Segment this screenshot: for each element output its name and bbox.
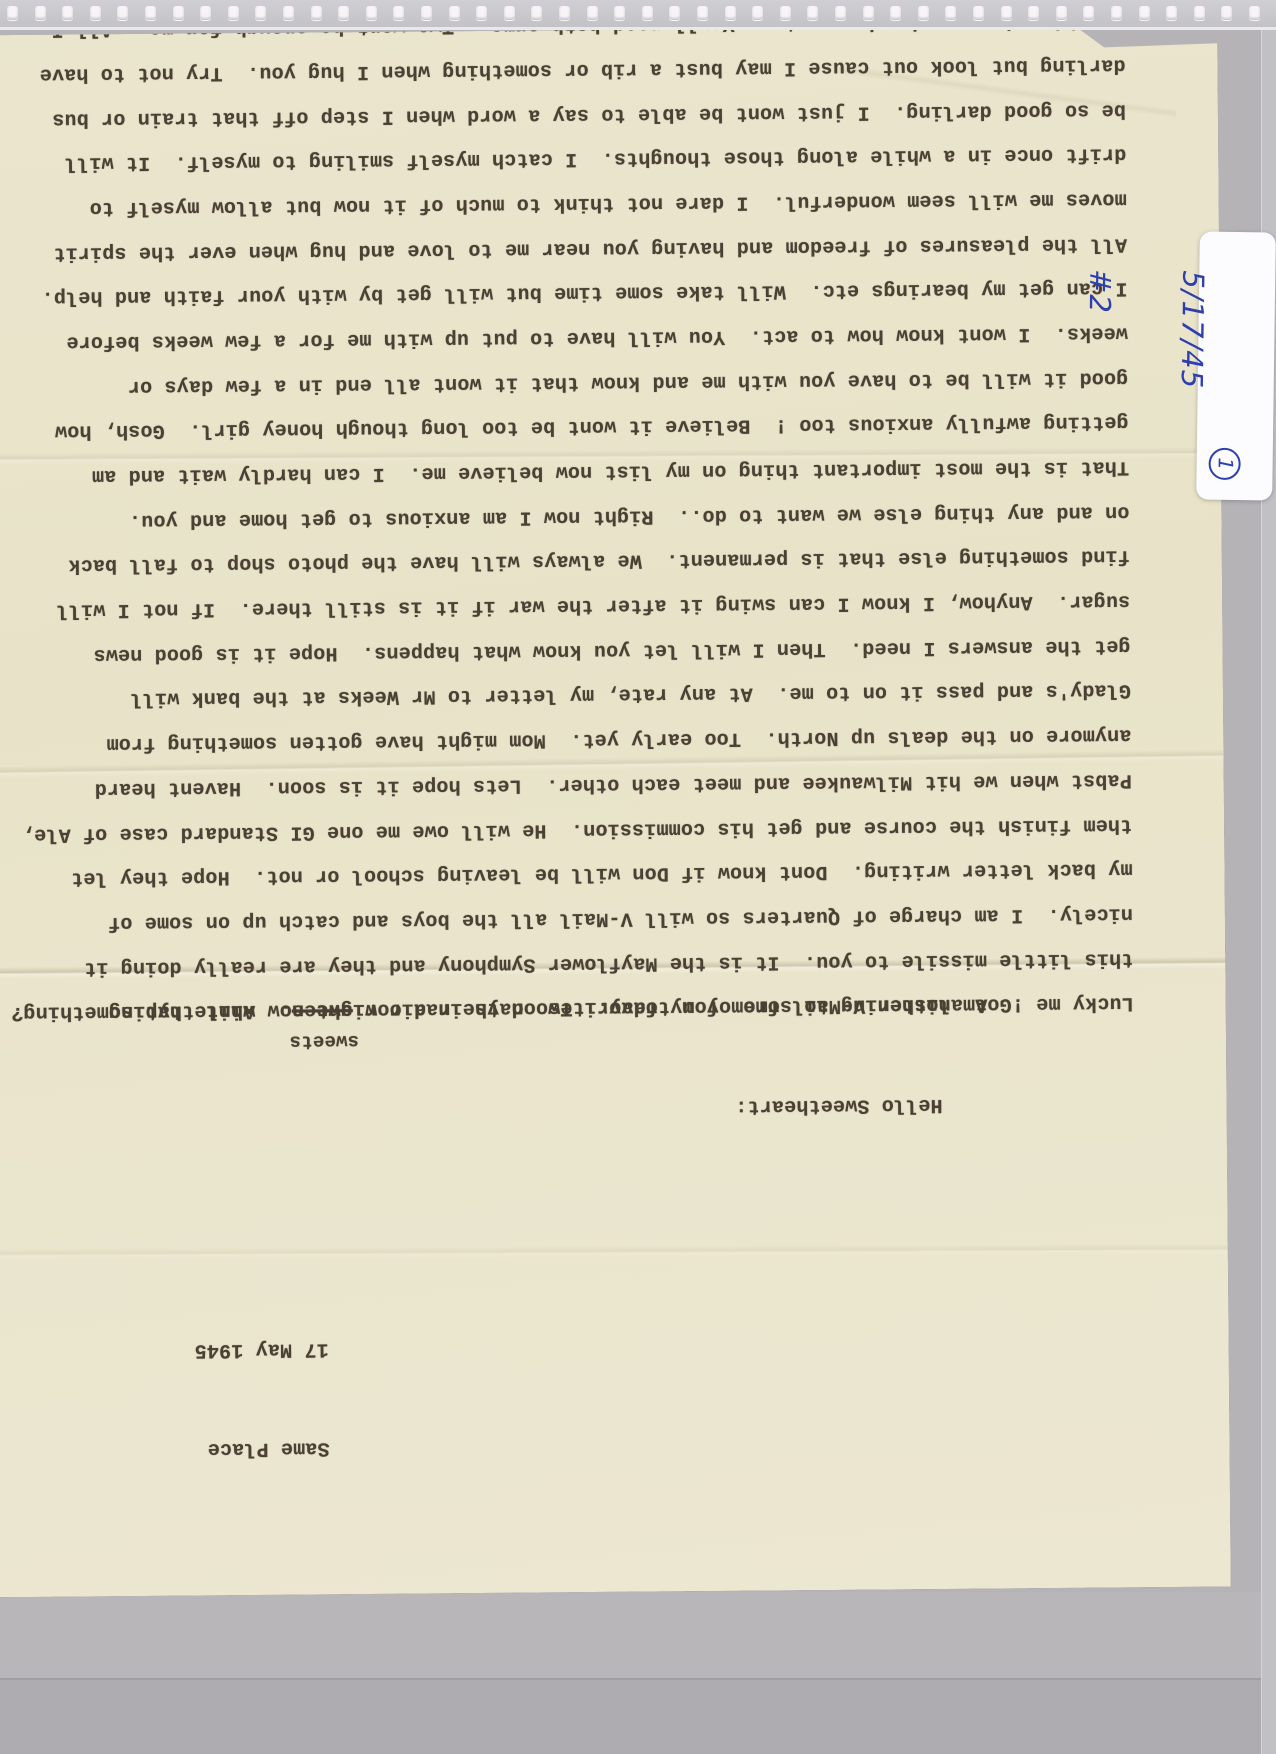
perforation-hole bbox=[504, 6, 515, 20]
perforation-hole bbox=[945, 6, 956, 20]
perforation-hole bbox=[918, 6, 929, 20]
spacer bbox=[3, 1115, 1144, 1269]
perforation-hole bbox=[1166, 6, 1177, 20]
perforation-hole bbox=[1249, 6, 1260, 20]
note-number: #2 bbox=[1082, 269, 1115, 437]
perforation-hole bbox=[1111, 6, 1122, 20]
perforation-hole bbox=[890, 6, 901, 20]
perforation-hole bbox=[283, 6, 294, 20]
perforation-hole bbox=[863, 6, 874, 20]
perforation-hole bbox=[752, 6, 763, 20]
perforation-hole bbox=[669, 6, 680, 20]
perforation-hole bbox=[559, 6, 570, 20]
perforation-hole bbox=[1194, 6, 1205, 20]
perforation-hole bbox=[117, 6, 128, 20]
circled-number-value: 1 bbox=[1208, 448, 1240, 480]
sleeve-band bbox=[0, 1592, 1276, 1680]
perforation-hole bbox=[1083, 6, 1094, 20]
scanned-page: Same Place 17 May 1945 Hello Sweetheart:… bbox=[0, 0, 1276, 1754]
perforation-hole bbox=[587, 6, 598, 20]
perforation-hole bbox=[62, 6, 73, 20]
perforation-hole bbox=[145, 6, 156, 20]
dateline-place: Same Place bbox=[5, 1431, 329, 1467]
perforation-hole bbox=[614, 6, 625, 20]
perforation-hole bbox=[807, 6, 818, 20]
letter-body: Got another V-Mail from you today. Two d… bbox=[0, 0, 1142, 1079]
dateline-date: 17 May 1945 bbox=[5, 1332, 329, 1368]
perforation-hole bbox=[1001, 6, 1012, 20]
binder-perforation-strip bbox=[0, 0, 1276, 30]
perforation-hole bbox=[697, 6, 708, 20]
perforation-hole bbox=[35, 6, 46, 20]
perforation-hole bbox=[1056, 6, 1067, 20]
perforation-hole bbox=[311, 6, 322, 20]
letter-content: Same Place 17 May 1945 Hello Sweetheart:… bbox=[0, 45, 1146, 1533]
perforation-hole bbox=[338, 6, 349, 20]
perforation-hole bbox=[1221, 6, 1232, 20]
dateline: Same Place 17 May 1945 bbox=[4, 1266, 330, 1533]
perforation-hole bbox=[725, 6, 736, 20]
perforation-hole bbox=[531, 6, 542, 20]
perforation-hole bbox=[173, 6, 184, 20]
circled-number: 1 bbox=[1206, 448, 1240, 482]
perforation-hole bbox=[366, 6, 377, 20]
perforation-hole bbox=[421, 6, 432, 20]
perforation-hole bbox=[7, 6, 18, 20]
note-date: 5/17/45 bbox=[1175, 270, 1208, 438]
perforation-hole bbox=[228, 6, 239, 20]
perforation-hole bbox=[449, 6, 460, 20]
scanner-background-bottom bbox=[0, 1678, 1276, 1754]
perforation-hole bbox=[255, 6, 266, 20]
perforation-hole bbox=[973, 6, 984, 20]
letter-paper: Same Place 17 May 1945 Hello Sweetheart:… bbox=[0, 25, 1231, 1598]
perforation-hole bbox=[1139, 6, 1150, 20]
perforation-hole bbox=[642, 6, 653, 20]
perforation-hole bbox=[1028, 6, 1039, 20]
perforation-hole bbox=[476, 6, 487, 20]
typewriter-correction: sweessweets bbox=[292, 987, 353, 1032]
perforation-hole bbox=[393, 6, 404, 20]
sticky-note-handwriting: 5/17/45 #2 bbox=[1206, 271, 1270, 440]
corrected-word: sweets bbox=[289, 1019, 359, 1064]
perforation-hole bbox=[835, 6, 846, 20]
perforation-hole bbox=[90, 6, 101, 20]
sticky-note: 5/17/45 #2 1 bbox=[1196, 231, 1276, 500]
perforation-hole bbox=[780, 6, 791, 20]
perforation-hole bbox=[200, 6, 211, 20]
